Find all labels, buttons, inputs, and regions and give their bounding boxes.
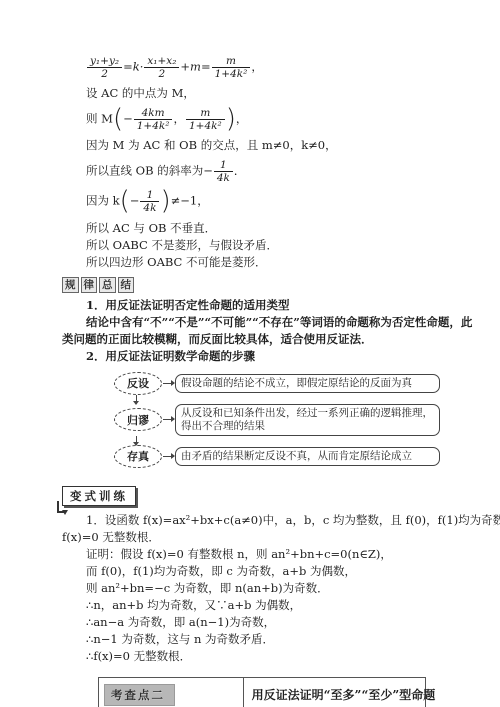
summary-badge: 规律总结 bbox=[62, 277, 444, 293]
flowchart-row-cunzhen: 存真 由矛盾的结果断定反设不真，从而肯定原结论成立 bbox=[114, 445, 440, 468]
math-segment: 所以直线 OB 的斜率为− bbox=[86, 164, 213, 178]
flowchart-desc: 假设命题的结论不成立，即假定原结论的反面为真 bbox=[175, 374, 440, 393]
math-segment: 则 M bbox=[86, 112, 113, 126]
fraction-numerator: x₁+x₂ bbox=[144, 55, 179, 68]
punctuation: ， bbox=[251, 60, 263, 74]
fraction-numerator: 1 bbox=[140, 189, 159, 202]
proof-line: 而 f(0)，f(1)均为奇数，即 c 为奇数，a+b 为偶数， bbox=[62, 563, 444, 580]
fraction: 14k bbox=[140, 189, 159, 214]
flowchart-desc: 从反设和已知条件出发，经过一系列正确的逻辑推理，得出不合理的结果 bbox=[175, 404, 440, 436]
flowchart-node: 反设 bbox=[114, 372, 162, 395]
proof-line: 所以 AC 与 OB 不垂直． bbox=[62, 220, 444, 237]
point2-title: 2．用反证法证明数学命题的步骤 bbox=[62, 348, 444, 365]
proof-line: 所以四边形 OABC 不可能是菱形． bbox=[62, 254, 444, 271]
proof-line: ∴n，an+b 均为奇数，又∵a+b 为偶数， bbox=[62, 597, 444, 614]
fraction: m1+4k² bbox=[212, 55, 251, 80]
math-segment: +m= bbox=[180, 60, 210, 74]
punctuation: ， bbox=[236, 112, 248, 126]
flowchart-row-guimiu: 归谬 从反设和已知条件出发，经过一系列正确的逻辑推理，得出不合理的结果 bbox=[114, 404, 440, 436]
arrow-right-icon bbox=[163, 456, 174, 457]
math-segment: ≠−1， bbox=[171, 194, 209, 208]
equation-midpoint-line: y₁+y₂2=k·x₁+x₂2+m=m1+4k²， bbox=[62, 55, 444, 80]
fraction: m1+4k² bbox=[186, 107, 225, 132]
flowchart-node: 归谬 bbox=[114, 408, 162, 431]
proof-line: 所以 OABC 不是菱形，与假设矛盾． bbox=[62, 237, 444, 254]
variant-badge-wrap: 变式训练 bbox=[62, 476, 444, 512]
fraction-numerator: 1 bbox=[214, 159, 233, 172]
point1-body-line1: 结论中含有“不”“不是”“不可能”“不存在”等词语的命题称为否定性命题，此 bbox=[62, 314, 444, 331]
minus-sign: − bbox=[123, 112, 133, 126]
comma: ， bbox=[173, 112, 185, 126]
equation-slope-line: 所以直线 OB 的斜率为−14k． bbox=[62, 159, 444, 184]
fraction-numerator: m bbox=[186, 107, 225, 120]
exam-point-tag: 考查点二 bbox=[104, 684, 175, 706]
fraction: y₁+y₂2 bbox=[87, 55, 122, 80]
fraction-numerator: y₁+y₂ bbox=[87, 55, 122, 68]
fraction-denominator: 1+4k² bbox=[134, 120, 173, 132]
flowchart-row-fanshe: 反设 假设命题的结论不成立，即假定原结论的反面为真 bbox=[114, 372, 440, 395]
fraction: x₁+x₂2 bbox=[144, 55, 179, 80]
fraction-denominator: 1+4k² bbox=[186, 120, 225, 132]
fraction-denominator: 2 bbox=[87, 68, 122, 80]
point1-body-line2: 类问题的正面比较模糊，而反面比较具体，适合使用反证法． bbox=[62, 331, 444, 348]
proof-steps-flowchart: 反设 假设命题的结论不成立，即假定原结论的反面为真 归谬 从反设和已知条件出发，… bbox=[114, 372, 440, 468]
problem-line2: f(x)=0 无整数根． bbox=[62, 529, 444, 546]
fraction: 4km1+4k² bbox=[134, 107, 173, 132]
page-content: y₁+y₂2=k·x₁+x₂2+m=m1+4k²， 设 AC 的中点为 M， 则… bbox=[62, 50, 444, 707]
math-segment: 因为 k bbox=[86, 194, 120, 208]
fraction-denominator: 4k bbox=[140, 202, 159, 214]
fraction-numerator: 4km bbox=[134, 107, 173, 120]
open-paren: ( bbox=[120, 186, 130, 216]
proof-line: ∴an−a 为奇数，即 a(n−1)为奇数， bbox=[62, 614, 444, 631]
arrow-right-icon bbox=[163, 383, 174, 384]
fraction-denominator: 4k bbox=[214, 172, 233, 184]
arrow-down-icon bbox=[136, 436, 137, 445]
problem-line1: 1．设函数 f(x)=ax²+bx+c(a≠0)中，a，b，c 均为整数，且 f… bbox=[62, 512, 444, 529]
math-segment: =k· bbox=[123, 60, 143, 74]
proof-line: ∴f(x)=0 无整数根． bbox=[62, 648, 444, 665]
close-paren: ) bbox=[226, 104, 236, 134]
flowchart-node: 存真 bbox=[114, 445, 162, 468]
fraction-denominator: 2 bbox=[144, 68, 179, 80]
arrow-right-icon bbox=[163, 419, 174, 420]
badge-char: 总 bbox=[99, 277, 116, 293]
proof-line: ∴n−1 为奇数，这与 n 为奇数矛盾． bbox=[62, 631, 444, 648]
badge-char: 规 bbox=[62, 277, 79, 293]
fraction-denominator: 1+4k² bbox=[212, 68, 251, 80]
open-paren: ( bbox=[113, 104, 123, 134]
variant-training-badge: 变式训练 bbox=[62, 486, 136, 506]
fraction: 14k bbox=[214, 159, 233, 184]
equation-point-m-line: 则 M(−4km1+4k²，m1+4k²)， bbox=[62, 107, 444, 132]
proof-line: 因为 M 为 AC 和 OB 的交点，且 m≠0，k≠0， bbox=[62, 137, 444, 154]
exam-point-cell: 考查点二 bbox=[99, 678, 244, 707]
document-page: y₁+y₂2=k·x₁+x₂2+m=m1+4k²， 设 AC 的中点为 M， 则… bbox=[0, 0, 500, 707]
exam-topic-cell: 用反证法证明“至多”“至少”型命题 bbox=[244, 678, 444, 707]
exam-topic-text: 用反证法证明“至多”“至少”型命题 bbox=[252, 686, 436, 703]
exam-point-table: 考查点二 用反证法证明“至多”“至少”型命题 bbox=[98, 677, 426, 707]
badge-char: 结 bbox=[118, 277, 135, 293]
corner-arrow-icon bbox=[57, 501, 66, 513]
minus-sign: − bbox=[130, 194, 140, 208]
proof-line: 则 an²+bn=−c 为奇数，即 n(an+b)为奇数． bbox=[62, 580, 444, 597]
proof-line: 设 AC 的中点为 M， bbox=[62, 85, 444, 102]
point1-title: 1．用反证法证明否定性命题的适用类型 bbox=[62, 297, 444, 314]
badge-char: 律 bbox=[81, 277, 98, 293]
equation-product-line: 因为 k(−14k)≠−1， bbox=[62, 189, 444, 214]
punctuation: ． bbox=[234, 164, 246, 178]
arrow-down-icon bbox=[136, 395, 137, 404]
flowchart-desc: 由矛盾的结果断定反设不真，从而肯定原结论成立 bbox=[175, 447, 440, 466]
close-paren: ) bbox=[160, 186, 170, 216]
proof-line: 证明：假设 f(x)=0 有整数根 n，则 an²+bn+c=0(n∈Z)， bbox=[62, 546, 444, 563]
variant-badge-label: 变式训练 bbox=[70, 489, 128, 503]
fraction-numerator: m bbox=[212, 55, 251, 68]
